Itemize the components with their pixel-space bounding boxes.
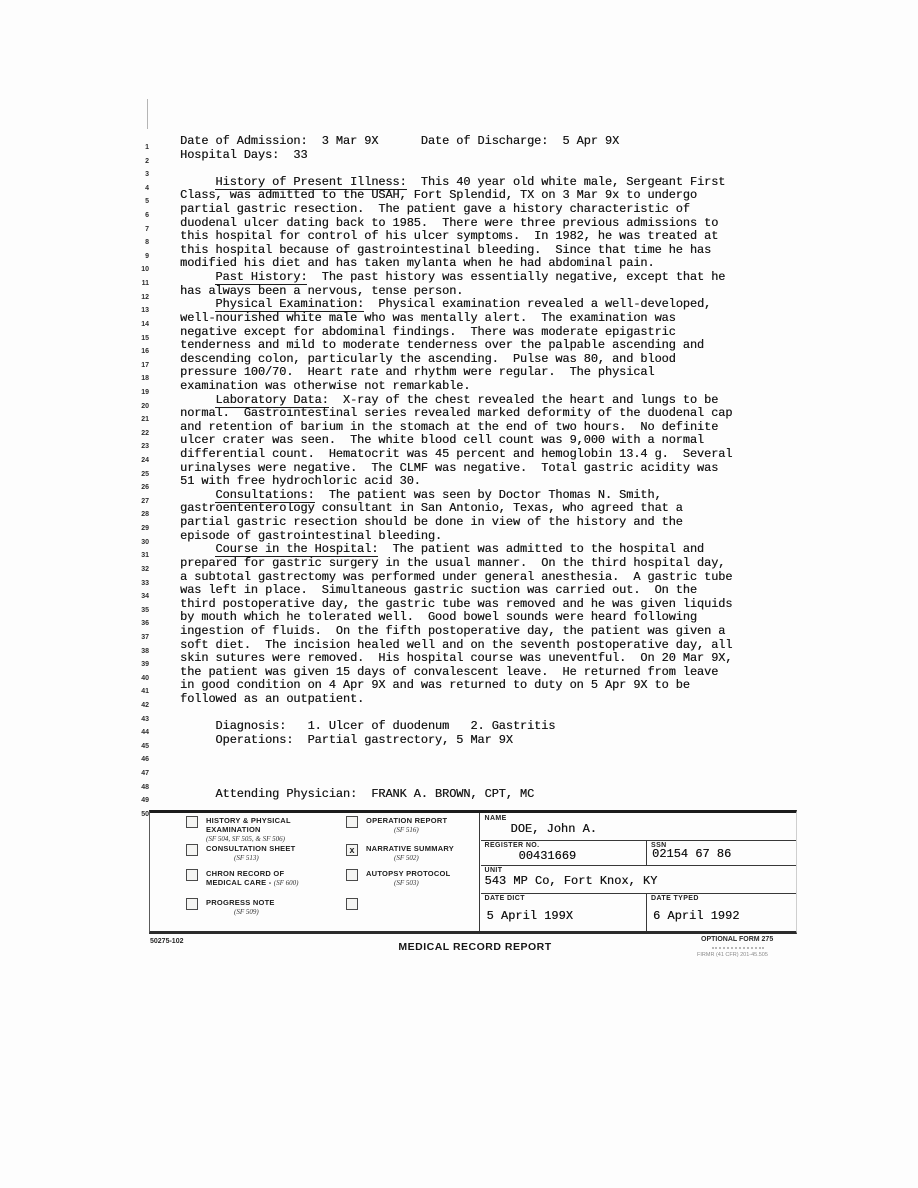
- document-line: negative except for abdominal findings. …: [180, 326, 770, 340]
- line-number: 9: [133, 250, 149, 264]
- date-dict-label: DATE DICT: [481, 893, 646, 902]
- document-line: differential count. Hematocrit was 45 pe…: [180, 448, 770, 462]
- line-number: 13: [133, 304, 149, 318]
- line-number: 34: [133, 590, 149, 604]
- line-number: 31: [133, 549, 149, 563]
- form-checkbox-item: CHRON RECORD OFMEDICAL CARE - (SF 600): [186, 869, 298, 888]
- document-line: [180, 747, 770, 761]
- checkbox-label: HISTORY & PHYSICALEXAMINATION(SF 504, SF…: [206, 816, 291, 844]
- document-line: tenderness and mild to moderate tenderne…: [180, 339, 770, 353]
- document-line: [180, 707, 770, 721]
- document-line: Diagnosis: 1. Ulcer of duodenum 2. Gastr…: [180, 720, 770, 734]
- line-number: 26: [133, 481, 149, 495]
- line-number: 32: [133, 563, 149, 577]
- form-checkbox-item: PROGRESS NOTE(SF 509): [186, 898, 275, 917]
- line-number: 18: [133, 372, 149, 386]
- document-lines: Date of Admission: 3 Mar 9X Date of Disc…: [180, 135, 770, 815]
- line-number: 2: [133, 155, 149, 169]
- line-number: 19: [133, 386, 149, 400]
- line-number: 36: [133, 617, 149, 631]
- line-number: 17: [133, 359, 149, 373]
- checkbox-icon: [346, 869, 358, 881]
- line-number: 21: [133, 413, 149, 427]
- line-number: 23: [133, 440, 149, 454]
- document-line: this hospital because of gastrointestina…: [180, 244, 770, 258]
- document-line: Past History: The past history was essen…: [180, 271, 770, 285]
- checkbox-column-1: HISTORY & PHYSICALEXAMINATION(SF 504, SF…: [186, 813, 344, 931]
- checkbox-checked-icon: x: [346, 844, 358, 856]
- document-line: Operations: Partial gastrectory, 5 Mar 9…: [180, 734, 770, 748]
- document-line: and retention of barium in the stomach a…: [180, 421, 770, 435]
- form-checkbox-item: CONSULTATION SHEET(SF 513): [186, 844, 296, 863]
- line-number: 25: [133, 468, 149, 482]
- unit-label: UNIT: [481, 865, 797, 874]
- section-heading: Past History:: [215, 270, 307, 285]
- line-number: 50: [133, 808, 149, 822]
- ssn-value: 02154 67 86: [652, 847, 796, 861]
- document-line: urinalyses were negative. The CLMF was n…: [180, 462, 770, 476]
- unit-value: 543 MP Co, Fort Knox, KY: [485, 874, 797, 888]
- document-line: Physical Examination: Physical examinati…: [180, 298, 770, 312]
- line-number: 38: [133, 645, 149, 659]
- form-checkbox-item: OPERATION REPORT(SF 516): [346, 816, 447, 835]
- form-regulation-reference: FIRMR (41 CFR) 201-45.505: [697, 952, 768, 958]
- checkbox-icon: [346, 816, 358, 828]
- form-stock-number: 50275-102: [150, 938, 183, 945]
- form-checkbox-item: AUTOPSY PROTOCOL(SF 503): [346, 869, 450, 888]
- document-line: this hospital for control of his ulcer s…: [180, 230, 770, 244]
- line-number: 11: [133, 277, 149, 291]
- document-line: partial gastric resection should be done…: [180, 516, 770, 530]
- checkbox-label: CONSULTATION SHEET(SF 513): [206, 844, 296, 863]
- checkbox-icon: [186, 869, 198, 881]
- name-field: NAME DOE, John A.: [481, 813, 797, 841]
- document-line: examination was otherwise not remarkable…: [180, 380, 770, 394]
- checkbox-icon: [186, 898, 198, 910]
- date-typed-value: 6 April 1992: [653, 909, 796, 923]
- line-number: 6: [133, 209, 149, 223]
- date-dict-value: 5 April 199X: [487, 909, 646, 923]
- medical-record-form: HISTORY & PHYSICALEXAMINATION(SF 504, SF…: [149, 810, 797, 934]
- document-line: the patient was given 15 days of convale…: [180, 666, 770, 680]
- line-numbers: 1234567891011121314151617181920212223242…: [133, 141, 149, 821]
- checkbox-label: OPERATION REPORT(SF 516): [366, 816, 447, 835]
- document-line: episode of gastrointestinal bleeding.: [180, 530, 770, 544]
- patient-info-panel: NAME DOE, John A. REGISTER NO. 00431669 …: [481, 813, 797, 931]
- register-label: REGISTER NO.: [481, 840, 646, 849]
- document-line: ingestion of fluids. On the fifth postop…: [180, 625, 770, 639]
- name-value: DOE, John A.: [511, 822, 797, 836]
- checkbox-icon: [346, 898, 358, 910]
- document-line: third postoperative day, the gastric tub…: [180, 598, 770, 612]
- form-checkbox-item: xNARRATIVE SUMMARY(SF 502): [346, 844, 454, 863]
- line-number: 16: [133, 345, 149, 359]
- date-dict-field: DATE DICT 5 April 199X: [481, 893, 647, 931]
- document-line: Date of Admission: 3 Mar 9X Date of Disc…: [180, 135, 770, 149]
- line-number: 37: [133, 631, 149, 645]
- line-number: 20: [133, 400, 149, 414]
- line-number: 8: [133, 236, 149, 250]
- scan-artifact-mark: [147, 99, 148, 129]
- line-number: 3: [133, 168, 149, 182]
- line-number: 39: [133, 658, 149, 672]
- ssn-field: SSN 02154 67 86: [647, 840, 796, 865]
- form-checkbox-item: HISTORY & PHYSICALEXAMINATION(SF 504, SF…: [186, 816, 291, 844]
- register-value: 00431669: [519, 849, 646, 863]
- document-line: Course in the Hospital: The patient was …: [180, 543, 770, 557]
- checkbox-icon: [186, 844, 198, 856]
- line-number: 15: [133, 332, 149, 346]
- document-line: skin sutures were removed. His hospital …: [180, 652, 770, 666]
- document-line: a subtotal gastrectomy was performed und…: [180, 571, 770, 585]
- unit-field: UNIT 543 MP Co, Fort Knox, KY: [481, 865, 797, 894]
- form-title: MEDICAL RECORD REPORT: [398, 941, 551, 953]
- document-line: Consultations: The patient was seen by D…: [180, 489, 770, 503]
- line-number: 49: [133, 794, 149, 808]
- document-line: [180, 775, 770, 789]
- scan-artifact-dots: [712, 947, 764, 949]
- register-ssn-row: REGISTER NO. 00431669 SSN 02154 67 86: [481, 840, 797, 866]
- line-number: 35: [133, 604, 149, 618]
- register-field: REGISTER NO. 00431669: [481, 840, 647, 865]
- line-number: 45: [133, 740, 149, 754]
- name-label: NAME: [481, 813, 797, 822]
- date-typed-label: DATE TYPED: [647, 893, 796, 902]
- document-line: has always been a nervous, tense person.: [180, 285, 770, 299]
- document-line: [180, 761, 770, 775]
- line-number: 22: [133, 427, 149, 441]
- document-line: soft diet. The incision healed well and …: [180, 639, 770, 653]
- checkbox-column-2: OPERATION REPORT(SF 516)xNARRATIVE SUMMA…: [346, 813, 476, 931]
- line-number: 28: [133, 508, 149, 522]
- document-line: well-nourished white male who was mental…: [180, 312, 770, 326]
- checkbox-label: NARRATIVE SUMMARY(SF 502): [366, 844, 454, 863]
- line-number: 33: [133, 577, 149, 591]
- date-typed-field: DATE TYPED 6 April 1992: [647, 893, 796, 931]
- line-number: 7: [133, 223, 149, 237]
- line-number: 48: [133, 781, 149, 795]
- document-line: modified his diet and has taken mylanta …: [180, 257, 770, 271]
- line-number: 40: [133, 672, 149, 686]
- line-number: 4: [133, 182, 149, 196]
- document-line: by mouth which he tolerated well. Good b…: [180, 611, 770, 625]
- document-line: ulcer crater was seen. The white blood c…: [180, 434, 770, 448]
- line-number: 27: [133, 495, 149, 509]
- line-number: 43: [133, 713, 149, 727]
- optional-form-number: OPTIONAL FORM 275: [701, 936, 773, 943]
- medical-record-report-page: 1234567891011121314151617181920212223242…: [0, 0, 918, 1188]
- line-number: 5: [133, 195, 149, 209]
- line-number: 30: [133, 536, 149, 550]
- document-line: prepared for gastric surgery in the usua…: [180, 557, 770, 571]
- line-number: 12: [133, 291, 149, 305]
- line-number: 44: [133, 726, 149, 740]
- line-number: 46: [133, 753, 149, 767]
- line-number: 24: [133, 454, 149, 468]
- line-number: 29: [133, 522, 149, 536]
- line-number: 41: [133, 685, 149, 699]
- document-line: [180, 162, 770, 176]
- document-line: gastroententerology consultant in San An…: [180, 502, 770, 516]
- document-line: Laboratory Data: X-ray of the chest reve…: [180, 394, 770, 408]
- document-line: descending colon, particularly the ascen…: [180, 353, 770, 367]
- document-line: partial gastric resection. The patient g…: [180, 203, 770, 217]
- dates-row: DATE DICT 5 April 199X DATE TYPED 6 Apri…: [481, 893, 797, 931]
- document-line: History of Present Illness: This 40 year…: [180, 176, 770, 190]
- form-checkbox-item: [346, 898, 366, 910]
- document-line: Hospital Days: 33: [180, 149, 770, 163]
- document-line: in good condition on 4 Apr 9X and was re…: [180, 679, 770, 693]
- line-number: 47: [133, 767, 149, 781]
- checkbox-icon: [186, 816, 198, 828]
- document-line: Class, was admitted to the USAH, Fort Sp…: [180, 189, 770, 203]
- document-type-checkboxes: HISTORY & PHYSICALEXAMINATION(SF 504, SF…: [150, 813, 480, 931]
- document-line: duodenal ulcer dating back to 1985. Ther…: [180, 217, 770, 231]
- document-line: normal. Gastrointestinal series revealed…: [180, 407, 770, 421]
- document-line: 51 with free hydrochloric acid 30.: [180, 475, 770, 489]
- checkbox-label: CHRON RECORD OFMEDICAL CARE - (SF 600): [206, 869, 298, 888]
- document-line: Attending Physician: FRANK A. BROWN, CPT…: [180, 788, 770, 802]
- checkbox-label: PROGRESS NOTE(SF 509): [206, 898, 275, 917]
- document-line: pressure 100/70. Heart rate and rhythm w…: [180, 366, 770, 380]
- line-number: 42: [133, 699, 149, 713]
- line-number: 14: [133, 318, 149, 332]
- document-line: followed as an outpatient.: [180, 693, 770, 707]
- document-line: was left in place. Simultaneous gastric …: [180, 584, 770, 598]
- checkbox-label: AUTOPSY PROTOCOL(SF 503): [366, 869, 450, 888]
- line-number: 10: [133, 263, 149, 277]
- line-number: 1: [133, 141, 149, 155]
